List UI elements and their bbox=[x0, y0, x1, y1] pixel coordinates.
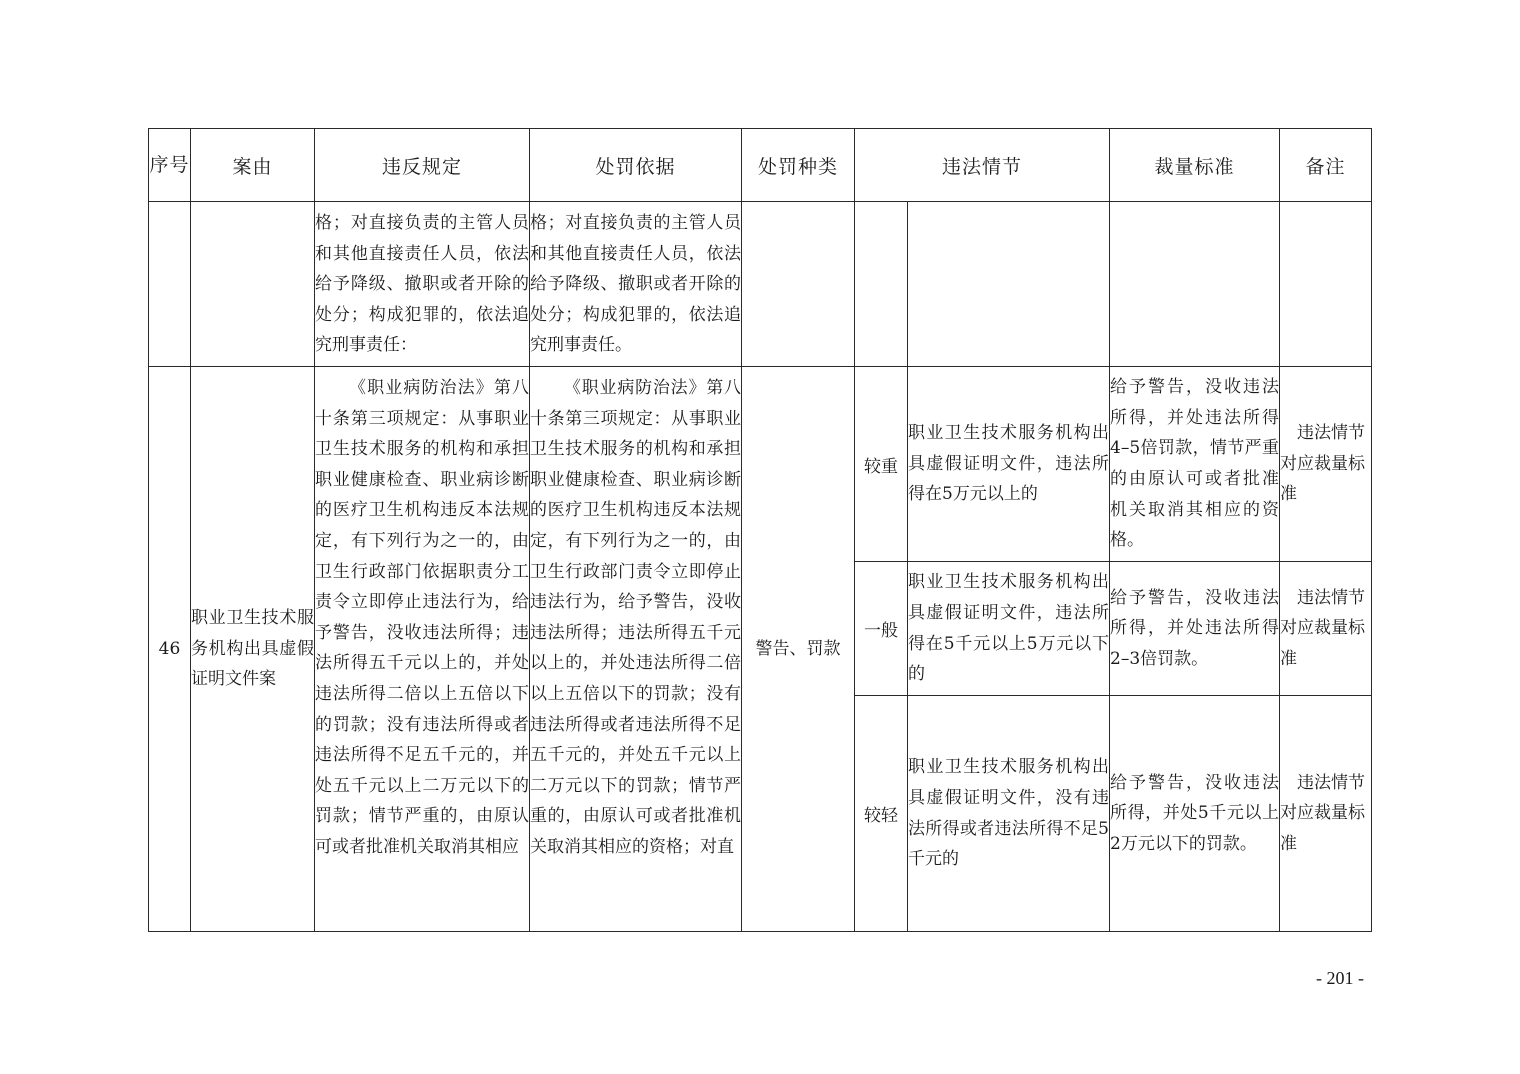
header-penalty-type: 处罚种类 bbox=[742, 129, 855, 202]
row-46-penalty-type: 警告、罚款 bbox=[742, 367, 855, 932]
standard-light: 给予警告，没收违法所得，并处5千元以上2万元以下的罚款。 bbox=[1110, 696, 1280, 932]
level-light: 较轻 bbox=[855, 696, 908, 932]
circumstance-heavy: 职业卫生技术服务机构出具虚假证明文件，违法所得在5万元以上的 bbox=[908, 367, 1110, 562]
header-standard: 裁量标准 bbox=[1110, 129, 1280, 202]
discretion-standard-table: 序号 案由 违反规定 处罚依据 处罚种类 违法情节 裁量标准 备注 格；对直接负… bbox=[148, 128, 1372, 932]
circumstance-light: 职业卫生技术服务机构出具虚假证明文件，没有违法所得或者违法所得不足5千元的 bbox=[908, 696, 1110, 932]
table-row-46-heavy: 46 职业卫生技术服务机构出具虚假证明文件案 《职业病防治法》第八十条第三项规定… bbox=[149, 367, 1372, 562]
continued-level bbox=[855, 202, 908, 367]
continued-row: 格；对直接负责的主管人员和其他直接责任人员，依法给予降级、撤职或者开除的处分；构… bbox=[149, 202, 1372, 367]
continued-circumstance bbox=[908, 202, 1110, 367]
continued-basis: 格；对直接负责的主管人员和其他直接责任人员，依法给予降级、撤职或者开除的处分；构… bbox=[530, 202, 742, 367]
page-number: - 201 - bbox=[1316, 968, 1364, 989]
continued-remark bbox=[1280, 202, 1372, 367]
continued-violation: 格；对直接负责的主管人员和其他直接责任人员，依法给予降级、撤职或者开除的处分；构… bbox=[315, 202, 530, 367]
remark-general: 违法情节对应裁量标准 bbox=[1280, 562, 1372, 696]
header-remark: 备注 bbox=[1280, 129, 1372, 202]
row-46-violation: 《职业病防治法》第八十条第三项规定：从事职业卫生技术服务的机构和承担职业健康检查… bbox=[315, 367, 530, 932]
row-46-basis: 《职业病防治法》第八十条第三项规定：从事职业卫生技术服务的机构和承担职业健康检查… bbox=[530, 367, 742, 932]
level-general: 一般 bbox=[855, 562, 908, 696]
standard-heavy: 给予警告，没收违法所得，并处违法所得4–5倍罚款，情节严重的由原认可或者批准机关… bbox=[1110, 367, 1280, 562]
header-row: 序号 案由 违反规定 处罚依据 处罚种类 违法情节 裁量标准 备注 bbox=[149, 129, 1372, 202]
header-circumstances: 违法情节 bbox=[855, 129, 1110, 202]
continued-standard bbox=[1110, 202, 1280, 367]
header-cause: 案由 bbox=[191, 129, 315, 202]
continued-cause bbox=[191, 202, 315, 367]
header-basis: 处罚依据 bbox=[530, 129, 742, 202]
level-heavy: 较重 bbox=[855, 367, 908, 562]
remark-light: 违法情节对应裁量标准 bbox=[1280, 696, 1372, 932]
row-46-seq: 46 bbox=[149, 367, 191, 932]
header-violation: 违反规定 bbox=[315, 129, 530, 202]
continued-penalty-type bbox=[742, 202, 855, 367]
continued-seq bbox=[149, 202, 191, 367]
document-page: 序号 案由 违反规定 处罚依据 处罚种类 违法情节 裁量标准 备注 格；对直接负… bbox=[0, 0, 1520, 1074]
row-46-cause: 职业卫生技术服务机构出具虚假证明文件案 bbox=[191, 367, 315, 932]
header-seq: 序号 bbox=[149, 129, 191, 202]
circumstance-general: 职业卫生技术服务机构出具虚假证明文件，违法所得在5千元以上5万元以下的 bbox=[908, 562, 1110, 696]
remark-heavy: 违法情节对应裁量标准 bbox=[1280, 367, 1372, 562]
standard-general: 给予警告，没收违法所得，并处违法所得2–3倍罚款。 bbox=[1110, 562, 1280, 696]
